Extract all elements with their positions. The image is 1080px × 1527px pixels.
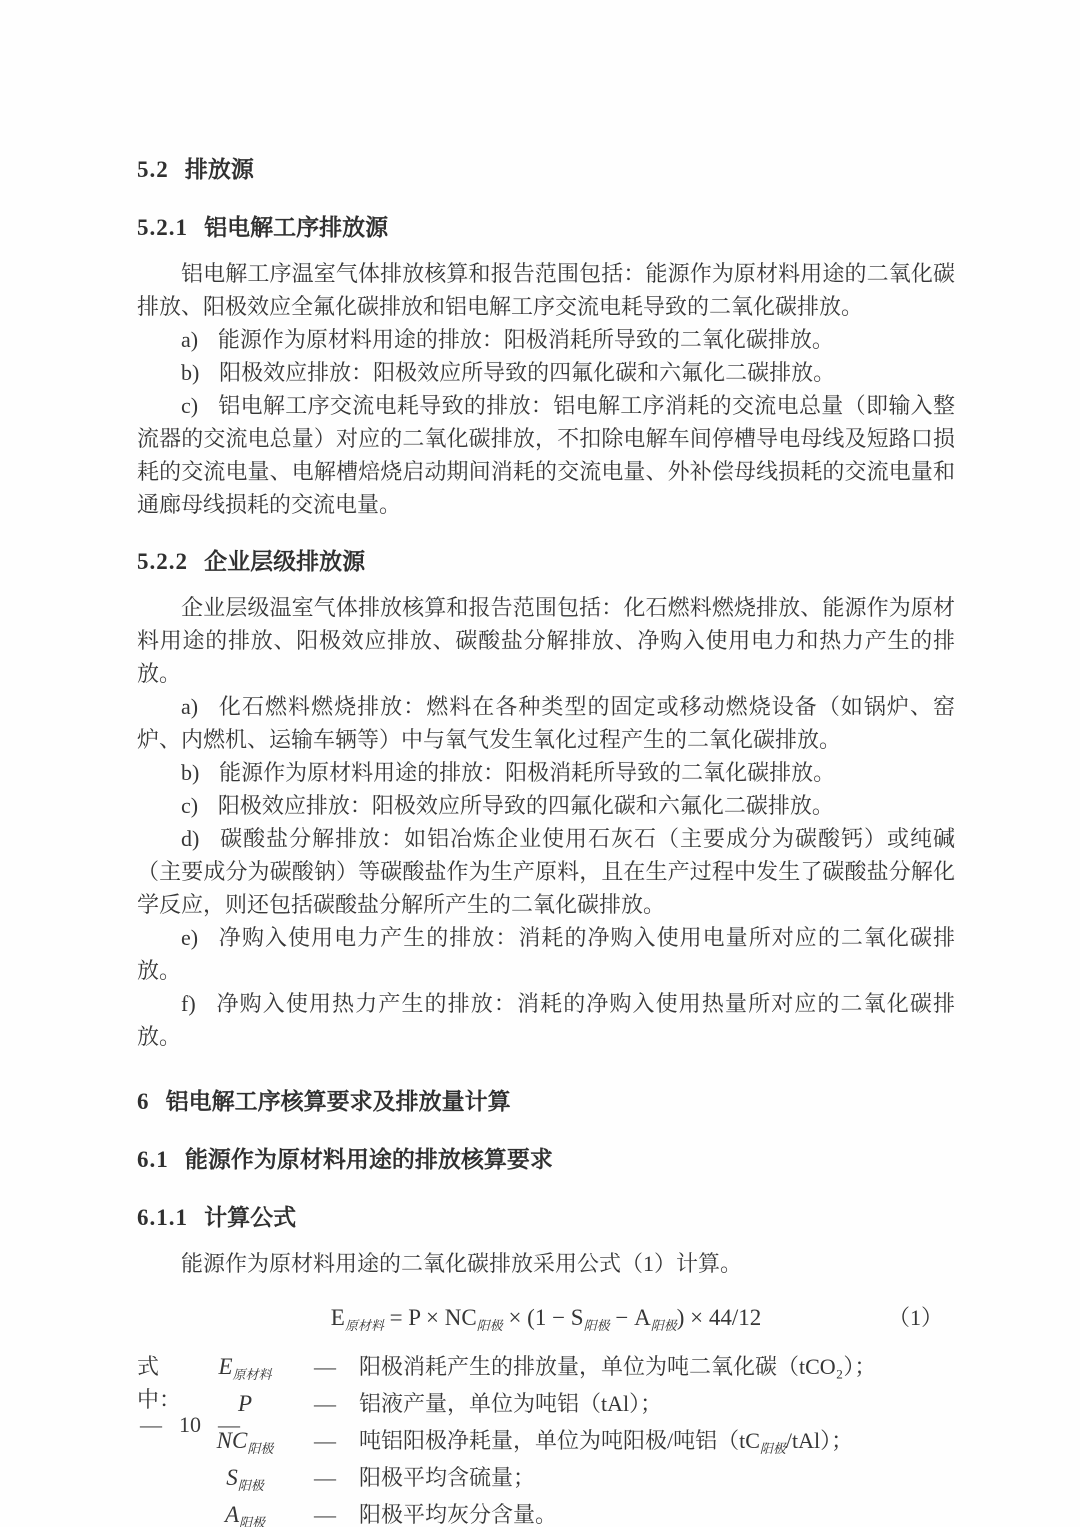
definition-description: 阳极平均灰分含量。	[359, 1498, 955, 1527]
symbol-base: P	[238, 1391, 252, 1416]
definition-description: 阳极消耗产生的排放量，单位为吨二氧化碳（tCO₂）；	[359, 1350, 955, 1383]
heading-text: 企业层级排放源	[204, 549, 365, 574]
footer-dash-right: —	[218, 1412, 240, 1437]
list-item-c: c)铝电解工序交流电耗导致的排放：铝电解工序消耗的交流电总量（即输入整流器的交流…	[137, 389, 955, 521]
symbol-subscript: 阳极	[238, 1478, 264, 1493]
scanned-document-page: 5.2排放源 5.2.1铝电解工序排放源 铝电解工序温室气体排放核算和报告范围包…	[0, 0, 1080, 1527]
symbol-base: S	[226, 1465, 238, 1490]
page-number: 10	[179, 1412, 201, 1437]
description-subscript: 阳极	[760, 1441, 786, 1456]
heading-5-2: 5.2排放源	[137, 155, 955, 185]
definition-row: A阳极 — 阳极平均灰分含量。	[137, 1498, 955, 1527]
equation-subscript: 原材料	[345, 1318, 384, 1333]
symbol-subscript: 阳极	[239, 1515, 265, 1527]
paragraph-6-1-1-intro: 能源作为原材料用途的二氧化碳排放采用公式（1）计算。	[137, 1247, 955, 1280]
list-item-e: e)净购入使用电力产生的排放：消耗的净购入使用电量所对应的二氧化碳排放。	[137, 921, 955, 987]
page-footer: —10—	[140, 1408, 240, 1441]
list-marker: a)	[181, 323, 198, 356]
list-marker: d)	[181, 822, 199, 855]
list-marker: e)	[181, 921, 198, 954]
definition-dash: —	[291, 1461, 359, 1494]
description-text: 阳极消耗产生的排放量，单位为吨二氧化碳（tCO₂）；	[359, 1354, 876, 1379]
heading-6-1: 6.1能源作为原材料用途的排放核算要求	[137, 1145, 955, 1175]
list-item-b: b)能源作为原材料用途的排放：阳极消耗所导致的二氧化碳排放。	[137, 756, 955, 789]
description-text: 铝液产量，单位为吨铝（tAl）；	[359, 1391, 662, 1416]
heading-5-2-1: 5.2.1铝电解工序排放源	[137, 213, 955, 243]
footer-dash-left: —	[140, 1412, 162, 1437]
list-marker: b)	[181, 756, 199, 789]
description-text: 阳极平均灰分含量。	[359, 1502, 557, 1527]
heading-text: 计算公式	[204, 1205, 296, 1230]
list-text: 碳酸盐分解排放：如铝冶炼企业使用石灰石（主要成分为碳酸钙）或纯碱（主要成分为碳酸…	[137, 826, 955, 917]
list-item-b: b)阳极效应排放：阳极效应所导致的四氟化碳和六氟化二碳排放。	[137, 356, 955, 389]
symbol: E原材料	[199, 1350, 291, 1383]
heading-number: 6.1	[137, 1147, 169, 1172]
heading-6: 6铝电解工序核算要求及排放量计算	[137, 1087, 955, 1117]
description-text: 阳极平均含硫量；	[359, 1465, 535, 1490]
heading-text: 排放源	[185, 157, 254, 182]
list-item-a: a)化石燃料燃烧排放：燃料在各种类型的固定或移动燃烧设备（如锅炉、窑炉、内燃机、…	[137, 690, 955, 756]
heading-text: 铝电解工序排放源	[204, 215, 388, 240]
document-content: 5.2排放源 5.2.1铝电解工序排放源 铝电解工序温室气体排放核算和报告范围包…	[0, 0, 1080, 1527]
list-marker: c)	[181, 389, 198, 422]
symbol-subscript: 阳极	[247, 1441, 273, 1456]
list-text: 能源作为原材料用途的排放：阳极消耗所导致的二氧化碳排放。	[219, 760, 835, 785]
definition-dash: —	[291, 1387, 359, 1420]
equation-term: ) × 44/12	[677, 1305, 762, 1330]
definition-description: 铝液产量，单位为吨铝（tAl）；	[359, 1387, 955, 1420]
list-item-d: d)碳酸盐分解排放：如铝冶炼企业使用石灰石（主要成分为碳酸钙）或纯碱（主要成分为…	[137, 822, 955, 921]
equation-subscript: 阳极	[651, 1318, 677, 1333]
equation-term: × (1 − S	[503, 1305, 584, 1330]
heading-6-1-1: 6.1.1计算公式	[137, 1203, 955, 1233]
list-item-c: c)阳极效应排放：阳极效应所导致的四氟化碳和六氟化二碳排放。	[137, 789, 955, 822]
definition-dash: —	[291, 1350, 359, 1383]
paragraph-5-2-2-intro: 企业层级温室气体排放核算和报告范围包括：化石燃料燃烧排放、能源作为原材料用途的排…	[137, 591, 955, 690]
symbol-subscript: 原材料	[233, 1367, 272, 1382]
equation-1: E原材料 = P × NC阳极 × (1 − S阳极 − A阳极) × 44/1…	[331, 1305, 762, 1330]
heading-number: 6	[137, 1089, 150, 1114]
heading-text: 铝电解工序核算要求及排放量计算	[166, 1089, 511, 1114]
heading-number: 5.2.2	[137, 549, 188, 574]
list-text: 铝电解工序交流电耗导致的排放：铝电解工序消耗的交流电总量（即输入整流器的交流电总…	[137, 393, 955, 517]
equation-term: = P × NC	[384, 1305, 477, 1330]
equation-subscript: 阳极	[477, 1318, 503, 1333]
definition-row: 式中： E原材料 — 阳极消耗产生的排放量，单位为吨二氧化碳（tCO₂）；	[137, 1350, 955, 1387]
list-marker: c)	[181, 789, 198, 822]
symbol-base: A	[225, 1502, 239, 1527]
heading-number: 5.2.1	[137, 215, 188, 240]
definition-dash: —	[291, 1498, 359, 1527]
definition-dash: —	[291, 1424, 359, 1457]
list-marker: f)	[181, 987, 196, 1020]
equation-subscript: 阳极	[584, 1318, 610, 1333]
symbol: A阳极	[199, 1498, 291, 1527]
definition-row: NC阳极 — 吨铝阳极净耗量，单位为吨阳极/吨铝（tC阳极/tAl）；	[137, 1424, 955, 1461]
list-text: 能源作为原材料用途的排放：阳极消耗所导致的二氧化碳排放。	[218, 327, 834, 352]
list-text: 净购入使用电力产生的排放：消耗的净购入使用电量所对应的二氧化碳排放。	[137, 925, 955, 983]
list-item-a: a)能源作为原材料用途的排放：阳极消耗所导致的二氧化碳排放。	[137, 323, 955, 356]
list-text: 净购入使用热力产生的排放：消耗的净购入使用热量所对应的二氧化碳排放。	[137, 991, 955, 1049]
equation-1-row: E原材料 = P × NC阳极 × (1 − S阳极 − A阳极) × 44/1…	[137, 1296, 955, 1340]
equation-term: E	[331, 1305, 345, 1330]
list-item-f: f)净购入使用热力产生的排放：消耗的净购入使用热量所对应的二氧化碳排放。	[137, 987, 955, 1053]
equation-number: （1）	[888, 1296, 943, 1340]
definition-row: P — 铝液产量，单位为吨铝（tAl）；	[137, 1387, 955, 1424]
symbol: S阳极	[199, 1461, 291, 1494]
heading-text: 能源作为原材料用途的排放核算要求	[185, 1147, 553, 1172]
paragraph-5-2-1-intro: 铝电解工序温室气体排放核算和报告范围包括：能源作为原材料用途的二氧化碳排放、阳极…	[137, 257, 955, 323]
equation-term: − A	[610, 1305, 651, 1330]
list-text: 化石燃料燃烧排放：燃料在各种类型的固定或移动燃烧设备（如锅炉、窑炉、内燃机、运输…	[137, 694, 955, 752]
heading-5-2-2: 5.2.2企业层级排放源	[137, 547, 955, 577]
list-marker: a)	[181, 690, 198, 723]
heading-number: 6.1.1	[137, 1205, 188, 1230]
list-text: 阳极效应排放：阳极效应所导致的四氟化碳和六氟化二碳排放。	[219, 360, 835, 385]
definition-description: 吨铝阳极净耗量，单位为吨阳极/吨铝（tC阳极/tAl）；	[359, 1424, 955, 1457]
description-text: /tAl）；	[786, 1428, 853, 1453]
list-marker: b)	[181, 356, 199, 389]
heading-number: 5.2	[137, 157, 169, 182]
list-text: 阳极效应排放：阳极效应所导致的四氟化碳和六氟化二碳排放。	[218, 793, 834, 818]
definition-description: 阳极平均含硫量；	[359, 1461, 955, 1494]
definitions-lead: 式中：	[137, 1350, 199, 1416]
description-text: 吨铝阳极净耗量，单位为吨阳极/吨铝（tC	[359, 1428, 760, 1453]
definition-row: S阳极 — 阳极平均含硫量；	[137, 1461, 955, 1498]
symbol-definitions: 式中： E原材料 — 阳极消耗产生的排放量，单位为吨二氧化碳（tCO₂）； P …	[137, 1350, 955, 1527]
symbol-base: E	[218, 1354, 232, 1379]
